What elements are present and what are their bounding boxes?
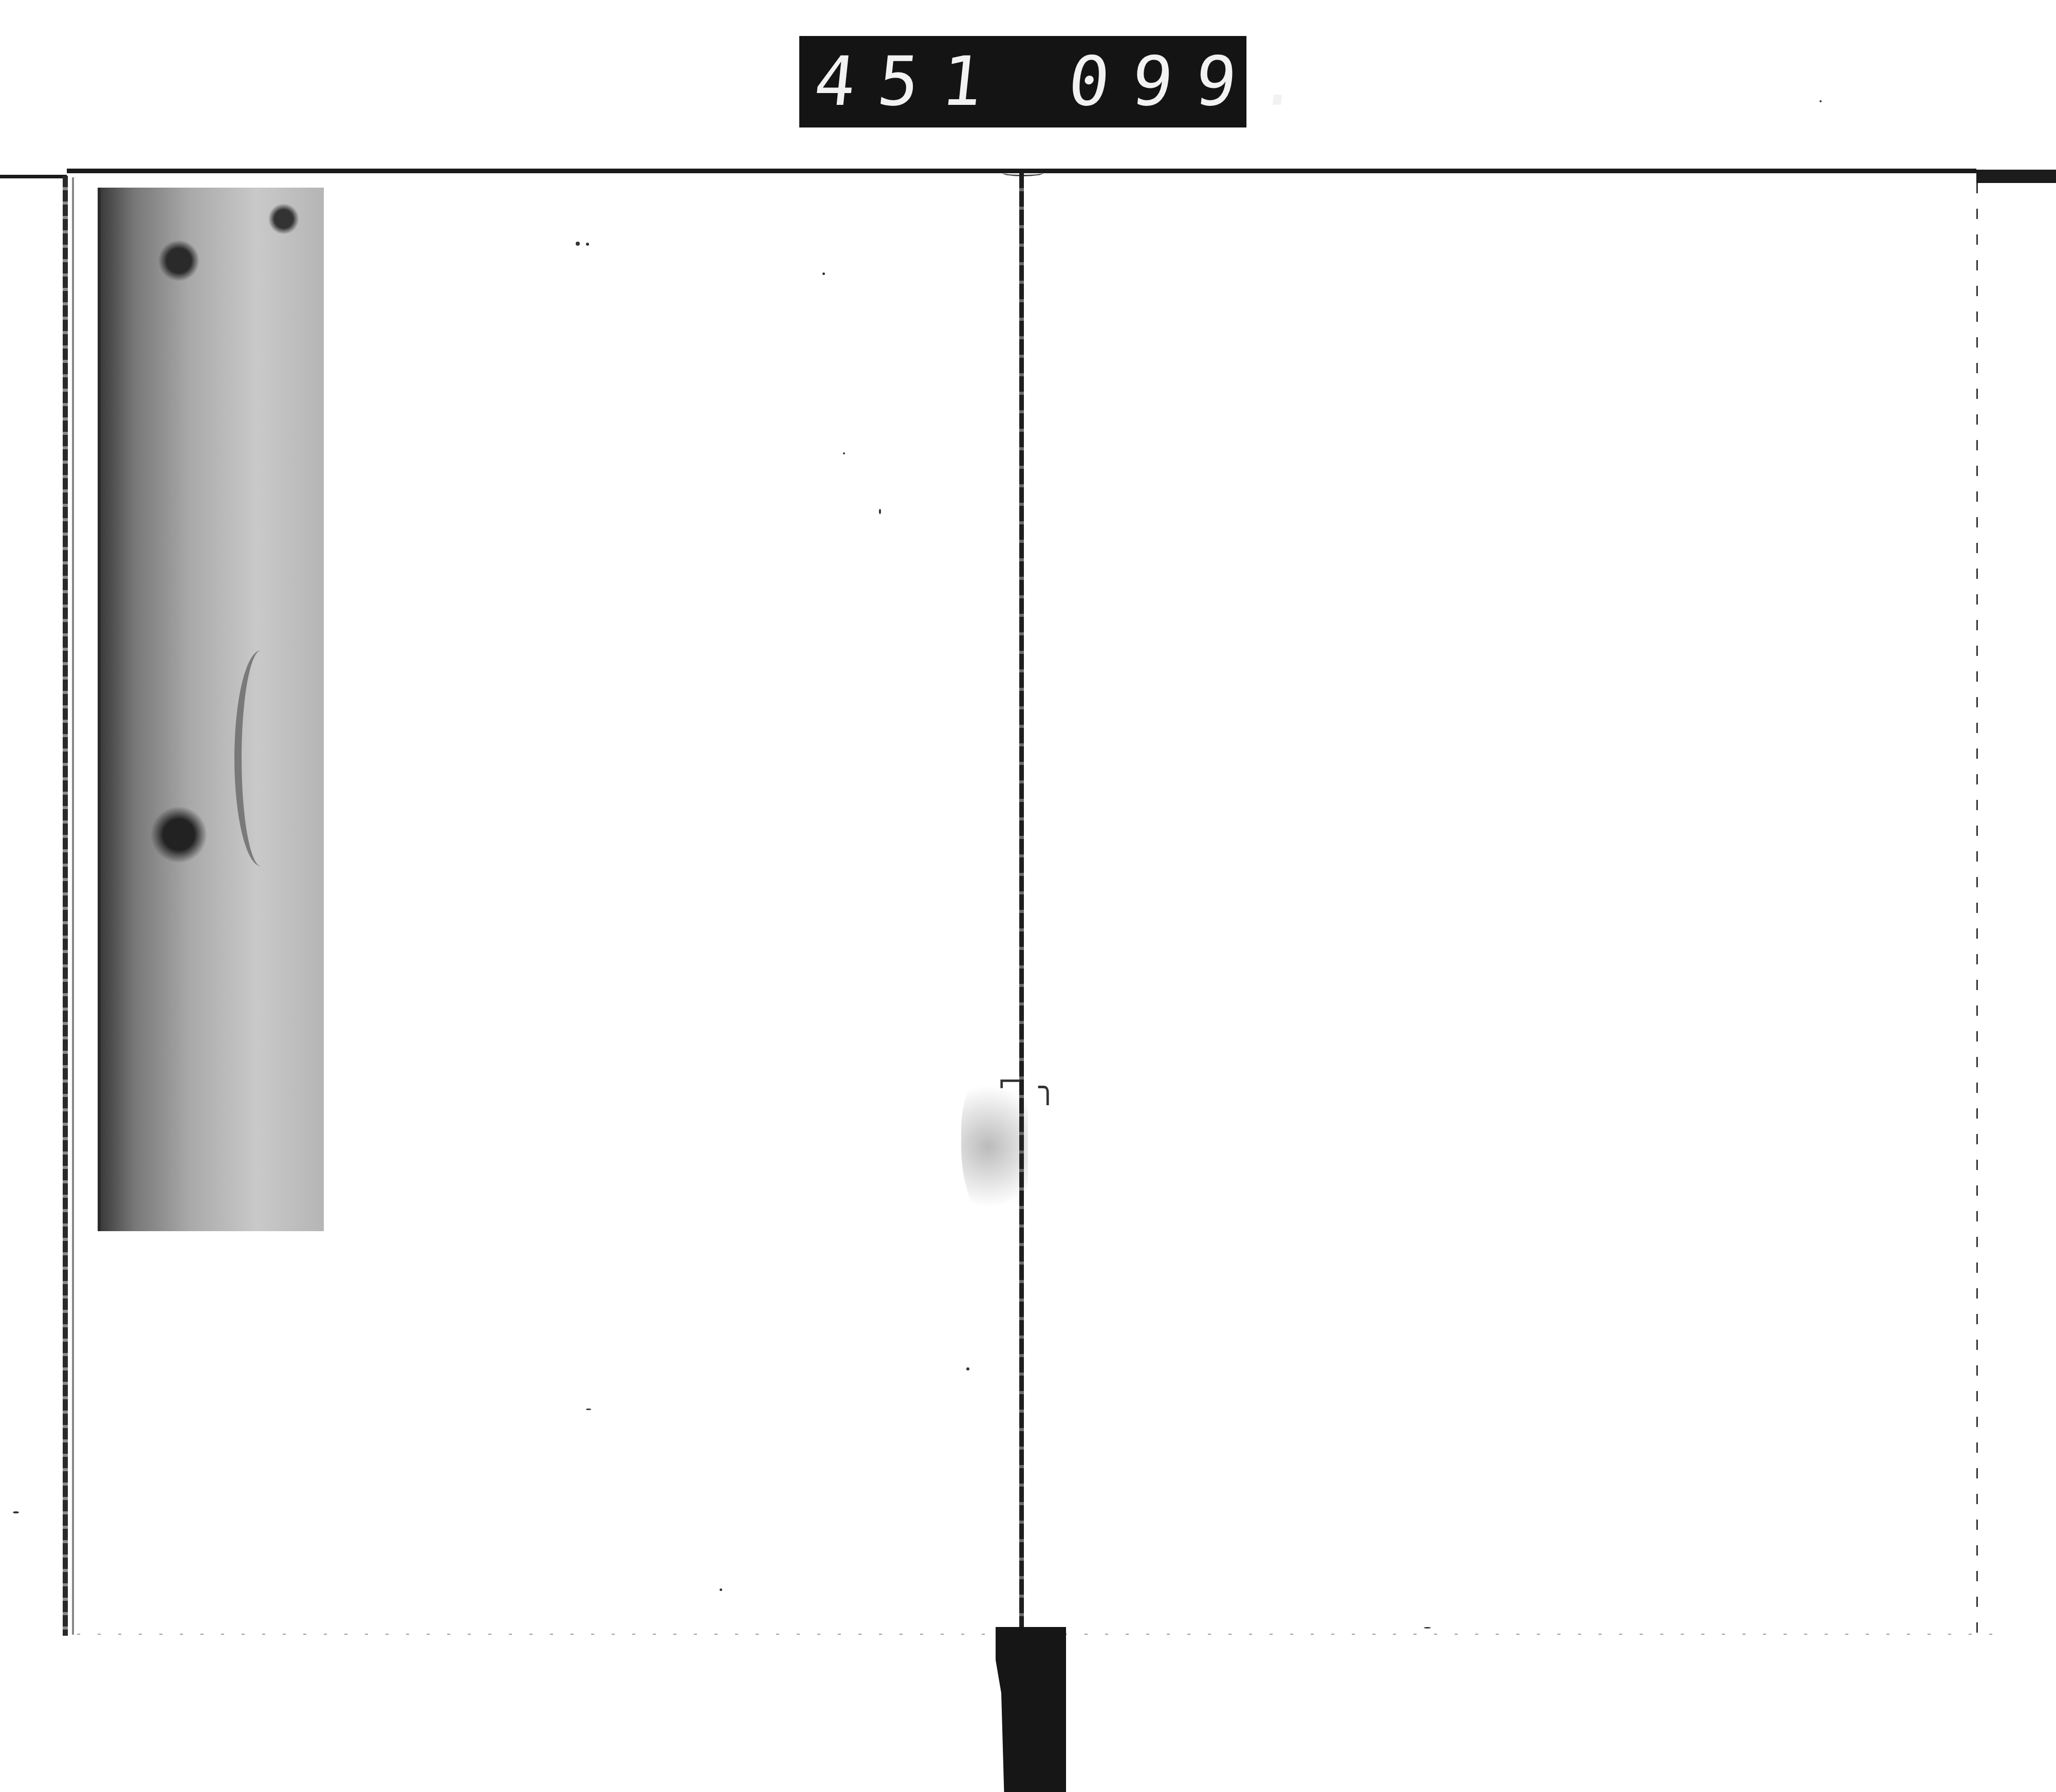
left-page-edge	[63, 176, 68, 1636]
scan-speck	[1424, 1627, 1431, 1629]
scan-speck	[586, 1409, 591, 1410]
scan-speck	[966, 1367, 969, 1370]
spine	[1019, 173, 1024, 1628]
top-rule-left	[0, 175, 67, 178]
frame-number: 451 099.	[796, 48, 1326, 116]
seal-stamp: ⌐ ╮	[961, 1049, 1095, 1223]
scan-speck	[1820, 100, 1822, 102]
seal-mark: ╮	[1038, 1069, 1057, 1105]
right-page-edge	[1976, 183, 1978, 1633]
bottom-spine-tab	[996, 1627, 1066, 1792]
title-slip-brush-stroke	[234, 650, 288, 866]
scan-speck	[720, 1588, 722, 1591]
scan-speck	[879, 509, 881, 514]
scan-speck	[822, 272, 825, 275]
frame-counter: 451 099.	[799, 36, 1246, 127]
left-page-inner-edge	[72, 177, 74, 1635]
scan-speck	[843, 452, 845, 454]
seal-mark: ⌐	[997, 1064, 1023, 1100]
title-slip	[98, 188, 324, 1231]
scan-speck	[586, 243, 589, 246]
scan-speck	[13, 1511, 19, 1513]
top-rule-right	[1976, 170, 2056, 183]
scan-speck	[576, 242, 580, 246]
